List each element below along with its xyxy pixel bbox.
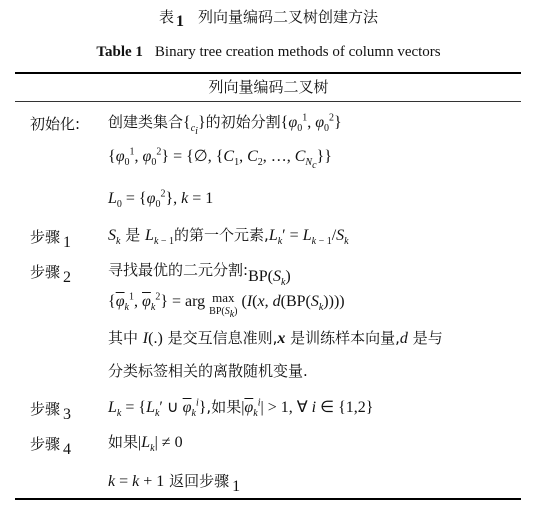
table-caption-cn: 表1列向量编码二叉树创建方法 (0, 6, 537, 27)
row-init-2: {φ01, φ02} = {∅, {C1, C2, …, CNc}} (108, 146, 332, 171)
row-step2-note-2: 分类标签相关的离散随机变量. (108, 360, 308, 381)
row-step3: Lk = {Lk′ ∪ φki},如果|φki| > 1, ∀ i ∈ {1,2… (108, 396, 373, 419)
row-step1: Sk 是 Lk − 1的第一个元素,Lk′ = Lk − 1/Sk (108, 224, 349, 247)
caption-prefix: 表 (159, 8, 174, 26)
row-step4: 如果|Lk| ≠ 0 (108, 431, 183, 454)
row-label-step2: 步骤2 (30, 261, 71, 282)
row-step2-note-1: 其中 I(.) 是交互信息准则,x 是训练样本向量,d 是与 (108, 327, 443, 348)
table-caption-en: Table 1Binary tree creation methods of c… (0, 44, 537, 61)
row-init-1: 创建类集合{ci}的初始分割{φ01, φ02} (108, 111, 342, 137)
caption-label-en: Table 1 (96, 44, 143, 60)
row-step4-loop: k = k + 1 返回步骤1 (108, 470, 240, 491)
column-header: 列向量编码二叉树 (0, 76, 537, 97)
caption-number: 1 (176, 13, 184, 30)
row-label-step1: 步骤1 (30, 226, 71, 247)
header-rule (15, 101, 521, 102)
row-label-step4: 步骤4 (30, 433, 71, 454)
caption-title-en: Binary tree creation methods of column v… (155, 44, 441, 60)
row-label-step3: 步骤3 (30, 398, 71, 419)
bottom-rule (15, 498, 521, 500)
top-rule (15, 72, 521, 74)
row-label-init: 初始化: (30, 113, 80, 134)
row-step2-formula: {φk1, φk2} = arg maxBP(Sk) (I(x, d(BP(Sk… (108, 292, 345, 321)
row-init-3: L0 = {φ02}, k = 1 (108, 189, 213, 211)
row-step2: 寻找最优的二元分割:BP(Sk) (108, 259, 291, 282)
caption-title-cn: 列向量编码二叉树创建方法 (198, 8, 378, 26)
